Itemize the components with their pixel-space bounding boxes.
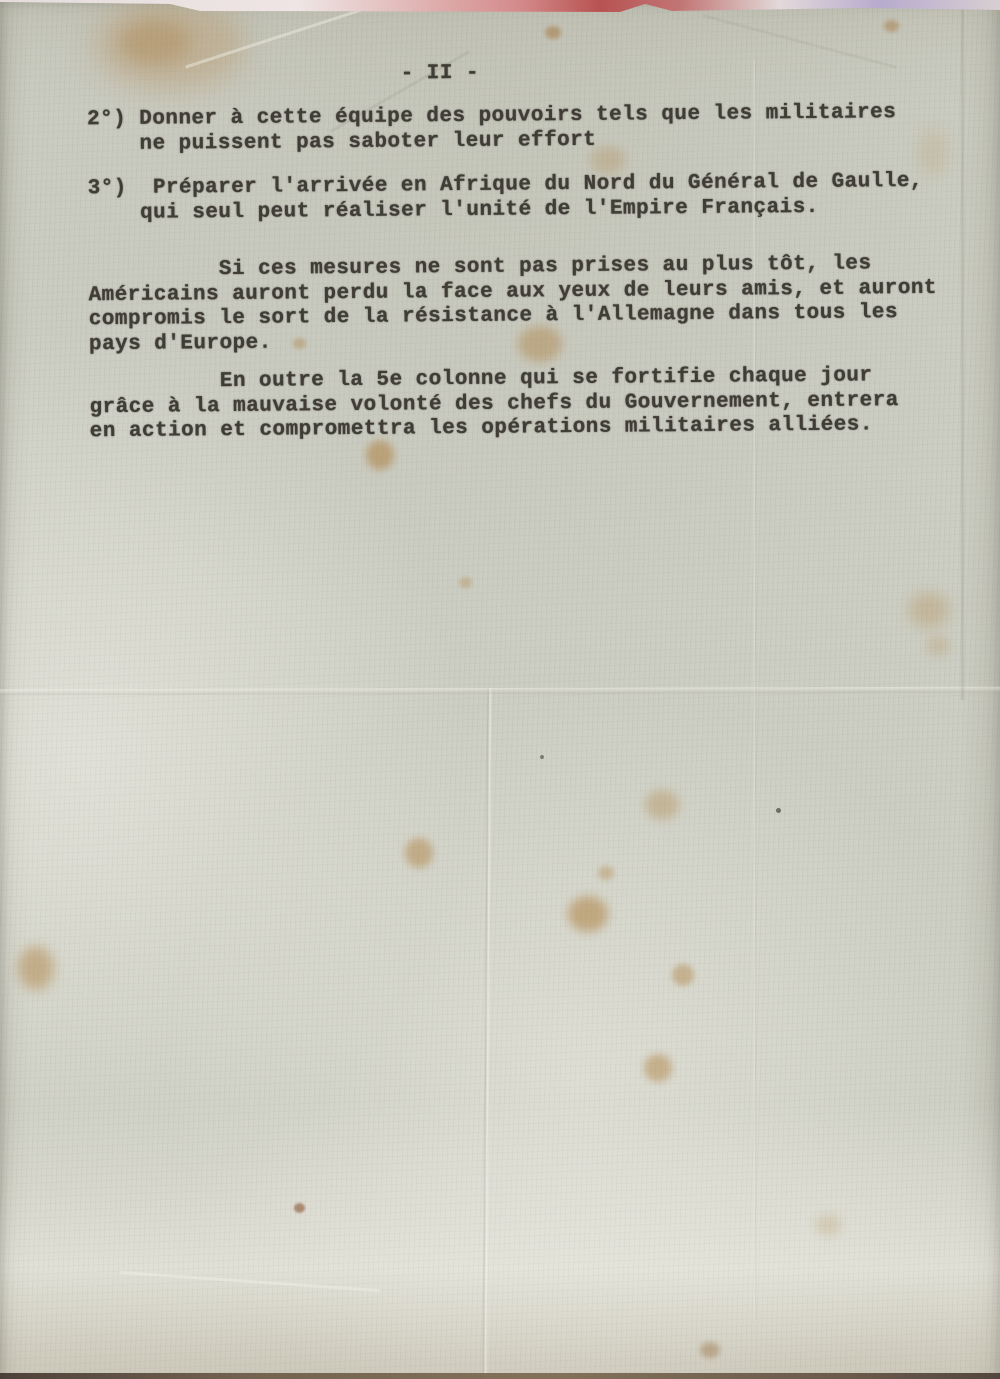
paragraph-fifth-column: En outre la 5e colonne qui se fortifie c… xyxy=(89,364,899,445)
page-number: - II - xyxy=(401,61,480,87)
paper-bottom-edge-shadow xyxy=(0,1373,1000,1379)
paragraph-warning: Si ces mesures ne sont pas prises au plu… xyxy=(88,252,937,358)
numbered-item-2: 2°) Donner à cette équipe des pouvoirs t… xyxy=(87,101,897,157)
numbered-item-3: 3°) Préparer l'arrivée en Afrique du Nor… xyxy=(88,170,924,226)
paper-sheet: - II - 2°) Donner à cette équipe des pou… xyxy=(0,0,1000,1379)
scanned-document-photo: - II - 2°) Donner à cette équipe des pou… xyxy=(0,0,1000,1379)
typewritten-text-layer: - II - 2°) Donner à cette équipe des pou… xyxy=(0,0,1000,1379)
